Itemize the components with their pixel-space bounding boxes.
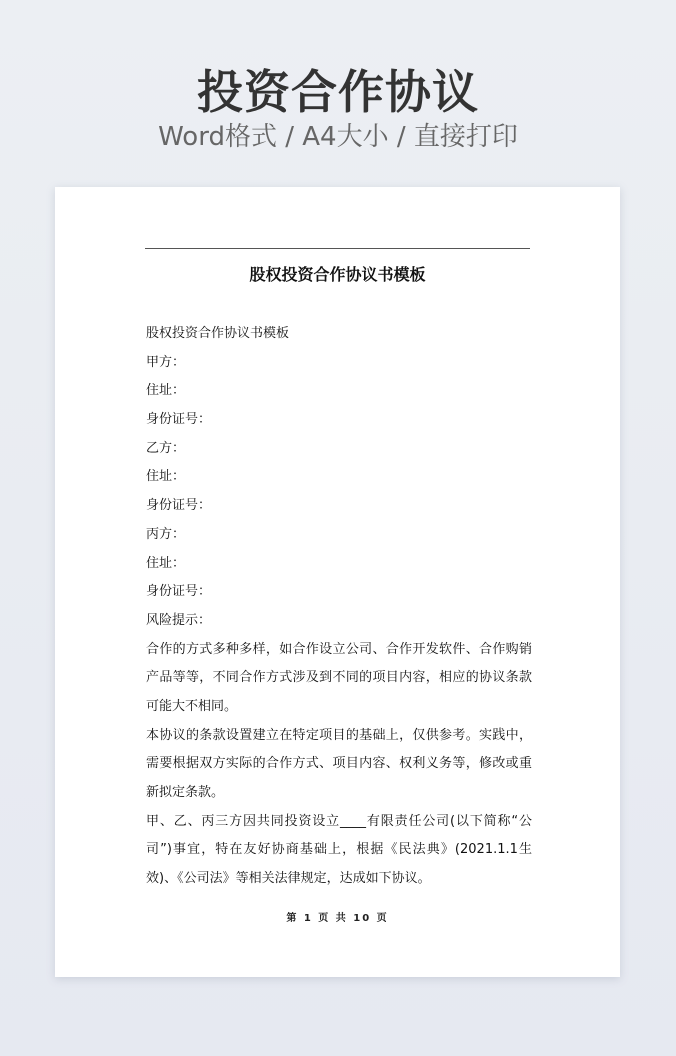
hero-title: 投资合作协议 [0, 62, 676, 122]
paragraph-reference-note: 本协议的条款设置建立在特定项目的基础上，仅供参考。实践中，需要根据双方实际的合作… [146, 722, 532, 808]
field-party-b-id-number: 身份证号： [146, 492, 532, 521]
field-party-a-address: 住址： [146, 377, 532, 406]
document-title: 股权投资合作协议书模板 [55, 263, 620, 287]
paragraph-cooperation-methods: 合作的方式多种多样，如合作设立公司、合作开发软件、合作购销产品等等，不同合作方式… [146, 636, 532, 722]
document-body: 股权投资合作协议书模板 甲方： 住址： 身份证号： 乙方： 住址： 身份证号： … [146, 320, 532, 894]
field-party-c-id-number: 身份证号： [146, 578, 532, 607]
field-party-c-address: 住址： [146, 550, 532, 579]
field-party-b: 乙方： [146, 435, 532, 464]
body-line-heading: 股权投资合作协议书模板 [146, 320, 532, 349]
header-rule-divider [145, 248, 530, 249]
document-page-preview: 股权投资合作协议书模板 股权投资合作协议书模板 甲方： 住址： 身份证号： 乙方… [55, 187, 620, 977]
hero-subtitle: Word格式 / A4大小 / 直接打印 [0, 118, 676, 156]
field-party-a: 甲方： [146, 349, 532, 378]
field-party-b-address: 住址： [146, 463, 532, 492]
paragraph-agreement-preamble: 甲、乙、丙三方因共同投资设立____有限责任公司(以下简称“公司”)事宜，特在友… [146, 808, 532, 894]
field-party-c: 丙方： [146, 521, 532, 550]
field-party-a-id-number: 身份证号： [146, 406, 532, 435]
page-number-footer: 第 1 页 共 10 页 [55, 911, 620, 927]
risk-notice-label: 风险提示： [146, 607, 532, 636]
